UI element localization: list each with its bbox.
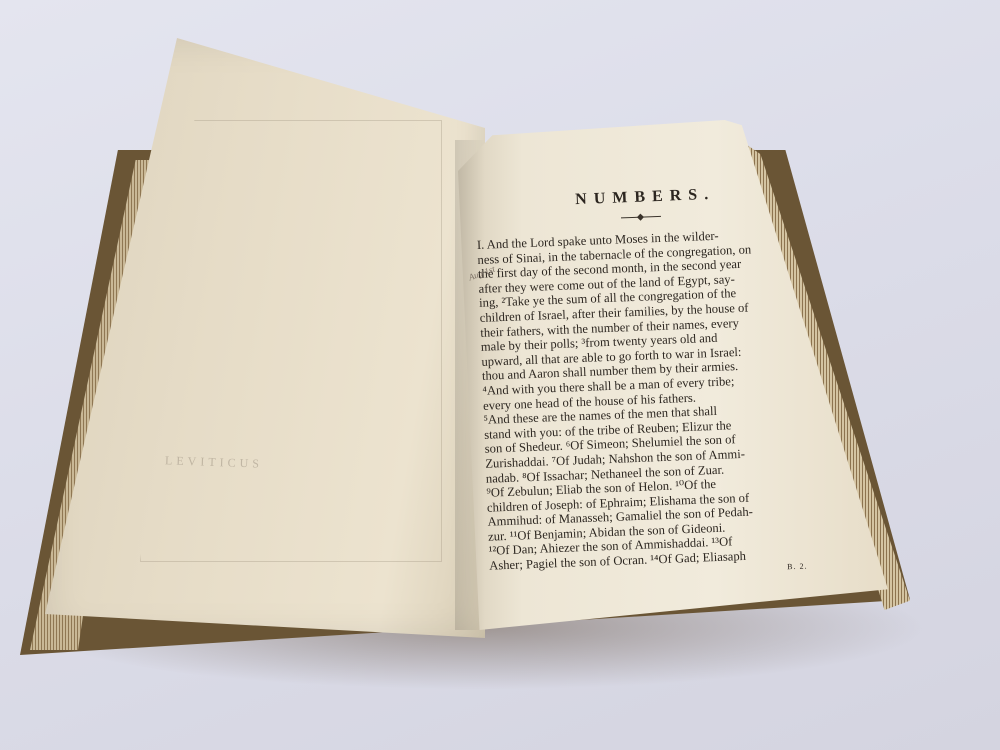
right-page-text: NUMBERS. I. And the Lord spake unto Mose… (475, 182, 820, 582)
ornament-rule-icon (621, 216, 661, 219)
